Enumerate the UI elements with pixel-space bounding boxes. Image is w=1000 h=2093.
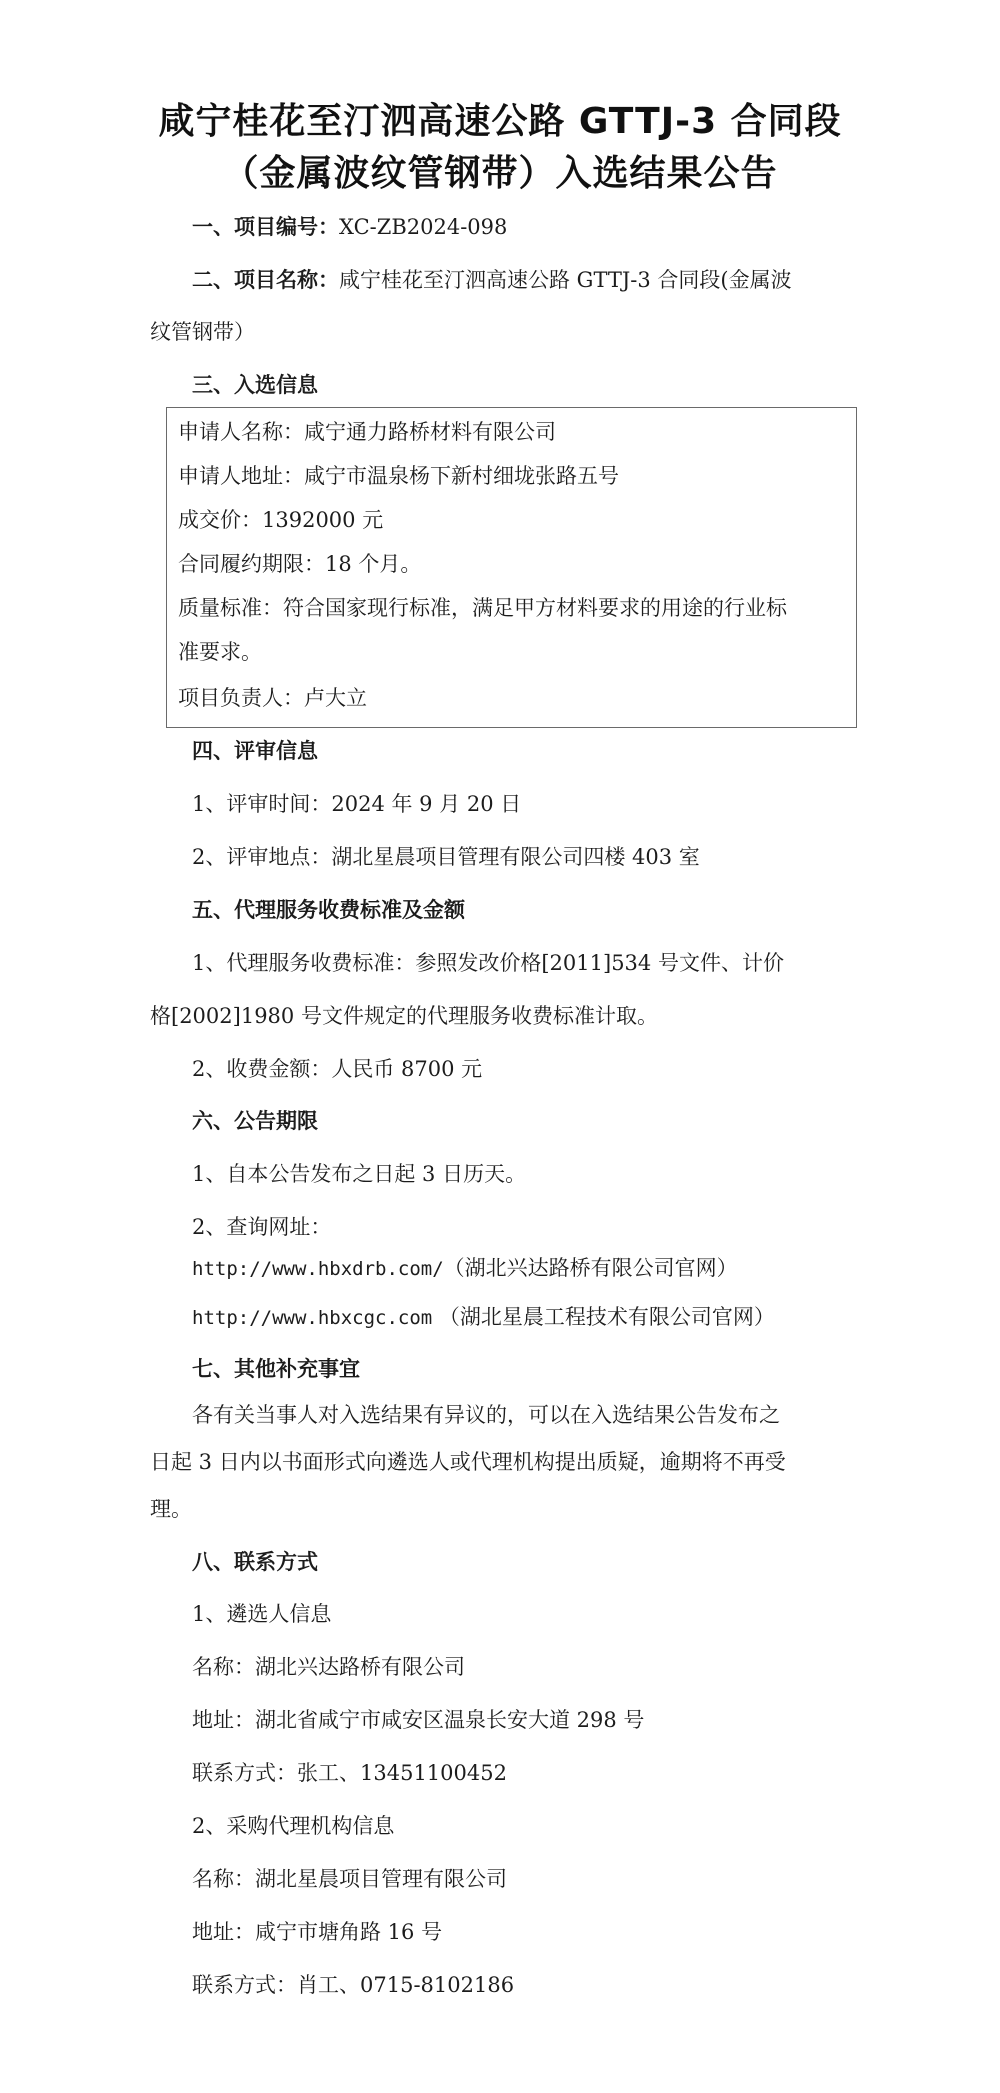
fee-standard: 1、代理服务收费标准：参照发改价格[2011]534 号文件、计价 (192, 949, 784, 977)
query-url-label: 2、查询网址： (192, 1213, 331, 1241)
selector-info-heading: 1、遴选人信息 (192, 1600, 331, 1628)
project-name-continued: 纹管钢带） (150, 318, 255, 346)
query-url-2: http://www.hbxcgc.com （湖北星晨工程技术有限公司官网） (192, 1303, 775, 1332)
review-location: 2、评审地点：湖北星晨项目管理有限公司四楼 403 室 (192, 843, 700, 871)
selector-contact: 联系方式：张工、13451100452 (192, 1759, 507, 1787)
deal-price: 成交价：1392000 元 (178, 506, 383, 534)
url-link-hbxcgc[interactable]: http://www.hbxcgc.com (192, 1307, 432, 1329)
url-link-hbxdrb[interactable]: http://www.hbxdrb.com/ (192, 1258, 444, 1280)
project-number-value: XC-ZB2024-098 (339, 215, 507, 239)
section-other-heading: 七、其他补充事宜 (192, 1355, 360, 1383)
section-period-heading: 六、公告期限 (192, 1107, 318, 1135)
section-review-heading: 四、评审信息 (192, 737, 318, 765)
section-contact-heading: 八、联系方式 (192, 1548, 318, 1576)
announcement-period: 1、自本公告发布之日起 3 日历天。 (192, 1160, 526, 1188)
agency-address: 地址：咸宁市塘角路 16 号 (192, 1918, 442, 1946)
selector-address: 地址：湖北省咸宁市咸安区温泉长安大道 298 号 (192, 1706, 644, 1734)
query-url-1: http://www.hbxdrb.com/（湖北兴达路桥有限公司官网） (192, 1254, 738, 1283)
agency-contact: 联系方式：肖工、0715-8102186 (192, 1971, 514, 1999)
agency-name: 名称：湖北星晨项目管理有限公司 (192, 1865, 507, 1893)
review-time: 1、评审时间：2024 年 9 月 20 日 (192, 790, 521, 818)
url-note-1: （湖北兴达路桥有限公司官网） (444, 1256, 738, 1280)
section-fee-heading: 五、代理服务收费标准及金额 (192, 896, 465, 924)
project-lead: 项目负责人：卢大立 (178, 684, 367, 712)
selector-name: 名称：湖北兴达路桥有限公司 (192, 1653, 465, 1681)
agency-info-heading: 2、采购代理机构信息 (192, 1812, 394, 1840)
applicant-address: 申请人地址：咸宁市温泉杨下新村细垅张路五号 (178, 462, 619, 490)
selection-info-box: 申请人名称：咸宁通力路桥材料有限公司 申请人地址：咸宁市温泉杨下新村细垅张路五号… (166, 407, 857, 728)
project-name: 二、项目名称：咸宁桂花至汀泗高速公路 GTTJ-3 合同段(金属波 (192, 266, 792, 294)
url-note-2: （湖北星晨工程技术有限公司官网） (432, 1305, 775, 1329)
title-line-2: （金属波纹管钢带）入选结果公告 (0, 152, 1000, 196)
section-selection-heading: 三、入选信息 (192, 371, 318, 399)
title-line-1: 咸宁桂花至汀泗高速公路 GTTJ-3 合同段 (0, 100, 1000, 144)
project-number-label: 一、项目编号： (192, 214, 339, 239)
applicant-name: 申请人名称：咸宁通力路桥材料有限公司 (178, 418, 556, 446)
contract-period: 合同履约期限：18 个月。 (178, 550, 421, 578)
objection-paragraph: 各有关当事人对入选结果有异议的，可以在入选结果公告发布之 (192, 1401, 780, 1429)
project-number: 一、项目编号：XC-ZB2024-098 (192, 213, 507, 241)
quality-standard: 质量标准：符合国家现行标准，满足甲方材料要求的用途的行业标 (178, 594, 787, 622)
project-name-label: 二、项目名称： (192, 267, 339, 292)
announcement-page: 咸宁桂花至汀泗高速公路 GTTJ-3 合同段 （金属波纹管钢带）入选结果公告 一… (0, 0, 1000, 2093)
objection-paragraph-line3: 理。 (150, 1495, 192, 1523)
objection-paragraph-line2: 日起 3 日内以书面形式向遴选人或代理机构提出质疑，逾期将不再受 (150, 1448, 786, 1476)
fee-standard-continued: 格[2002]1980 号文件规定的代理服务收费标准计取。 (150, 1002, 658, 1030)
fee-amount: 2、收费金额：人民币 8700 元 (192, 1055, 482, 1083)
project-name-value: 咸宁桂花至汀泗高速公路 GTTJ-3 合同段(金属波 (339, 268, 792, 292)
quality-standard-continued: 准要求。 (178, 638, 262, 666)
